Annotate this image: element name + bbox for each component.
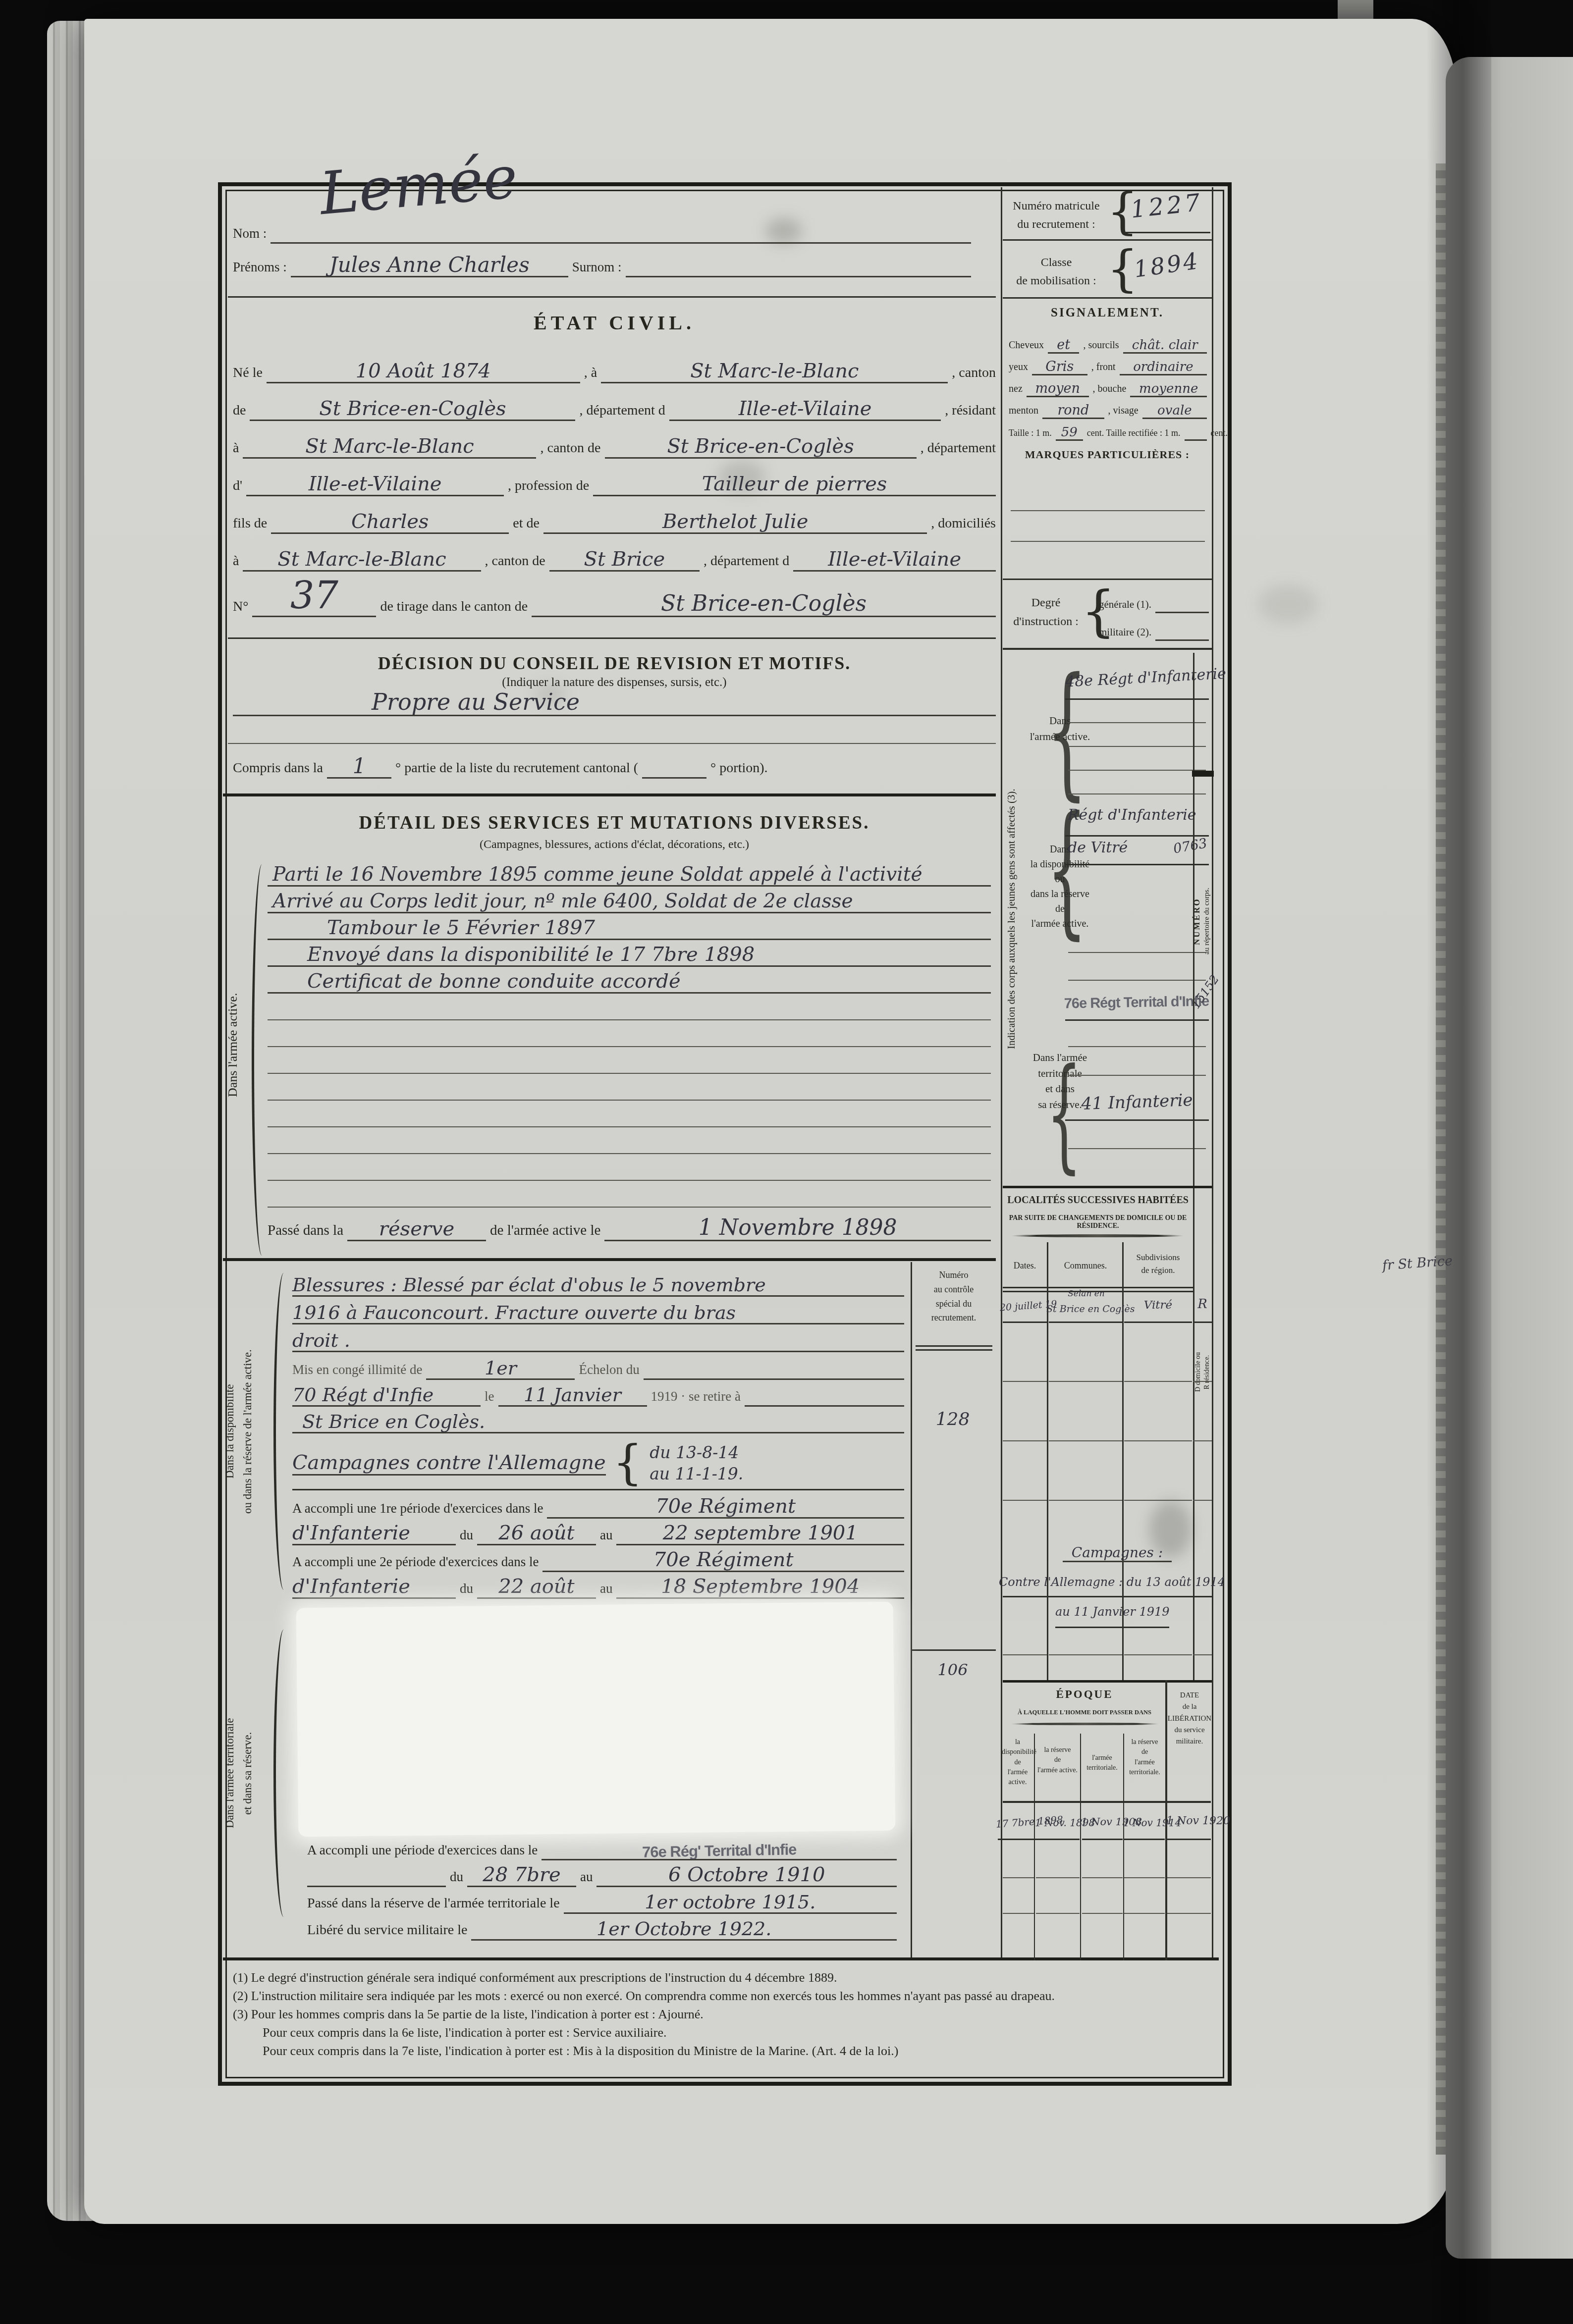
- blank: [1155, 639, 1209, 641]
- value: ordinaire: [1120, 360, 1207, 375]
- disponibilite-brace: {: [1046, 805, 1087, 934]
- label: 1919 · se retire à: [651, 1389, 741, 1407]
- localites-title: LOCALITÉS SUCCESSIVES HABITÉES: [1003, 1195, 1193, 1206]
- blank-line: [268, 1019, 991, 1020]
- signalement-r1: Cheveux et , sourcils chât. clair: [1009, 333, 1207, 354]
- localites-row-rule: [1124, 1321, 1192, 1323]
- blank-line: [268, 1073, 991, 1074]
- blank: [1185, 439, 1207, 441]
- label: du: [450, 1869, 463, 1887]
- label: A accompli une période d'exercices dans …: [307, 1843, 538, 1860]
- value: St Brice-en-Coglès: [605, 436, 917, 459]
- localites-row-dr: R: [1193, 1297, 1212, 1312]
- reserve-side-label-1: Dans la disponibilité: [221, 1268, 239, 1595]
- blank-line: [1068, 952, 1206, 953]
- localites-blank-rule: [1003, 1500, 1047, 1501]
- divider: [292, 1489, 904, 1490]
- value: Tailleur de pierres: [593, 474, 996, 496]
- value: 70 Régt d'Infie: [292, 1385, 481, 1407]
- compris-value: 1: [327, 755, 391, 779]
- conge-line-2: 70 Régt d'Infie le 11 Janvier 1919 · se …: [292, 1380, 904, 1407]
- panel-inner-right-border: [1212, 187, 1213, 1960]
- label: , canton de: [485, 553, 545, 572]
- label: , canton de: [540, 440, 600, 459]
- decision-value: Propre au Service: [233, 690, 996, 716]
- value: 6 Octobre 1910: [597, 1864, 897, 1887]
- controle-double-rule: [916, 1345, 992, 1347]
- etat-civil-l3: à St Marc-le-Blanc , canton de St Brice-…: [233, 432, 996, 459]
- redaction-patch: [296, 1602, 896, 1837]
- epoque-value-3: 1 Nov 1908: [1081, 1816, 1123, 1828]
- conge-line-3: St Brice en Coglès.: [292, 1407, 904, 1433]
- localites-header-subdivisions: Subdivisions de région.: [1124, 1251, 1192, 1276]
- localites-blank-rule: [1003, 1381, 1047, 1382]
- service-line-2: Arrivé au Corps ledit jour, nº mle 6400,…: [268, 887, 991, 913]
- localites-blank-rule: [1193, 1440, 1212, 1441]
- value-rule: [1065, 1119, 1209, 1121]
- value-rule: [1065, 864, 1209, 865]
- label: A accompli une 1re période d'exercices d…: [292, 1501, 543, 1519]
- passe-reserve-row: Passé dans la réserve de l'armée active …: [268, 1213, 991, 1241]
- value-rule: [1065, 698, 1209, 700]
- service-entry: Parti le 16 Novembre 1895 comme jeune So…: [268, 864, 991, 887]
- blank-line: [268, 1207, 991, 1208]
- localites-blank-rule: [1124, 1654, 1192, 1655]
- decision-subtitle: (Indiquer la nature des dispenses, sursi…: [233, 676, 996, 689]
- label: militaire (2).: [1099, 626, 1151, 641]
- label: , canton: [952, 365, 996, 383]
- territoriale-side-label-1: Dans l'armée territoriale: [221, 1612, 239, 1934]
- epoque-header-rule: [1167, 1801, 1211, 1803]
- corps-vertical-label: Indication des corps auxquels les jeunes…: [1003, 654, 1020, 1184]
- service-line-3: Tambour le 5 Février 1897: [268, 913, 991, 940]
- label: , à: [584, 365, 597, 383]
- conge-line-1: Mis en congé illimité de 1er Échelon du: [292, 1353, 904, 1380]
- blank-line: [1068, 770, 1206, 771]
- matricule-label: Numéro matricule du recrutement :: [1007, 197, 1106, 234]
- marques-label: MARQUES PARTICULIÈRES :: [1003, 448, 1212, 461]
- classe-label: Classe de mobilisation :: [1007, 254, 1106, 290]
- value: 28 7bre: [467, 1864, 576, 1887]
- label: Mis en congé illimité de: [292, 1362, 422, 1380]
- service-entry: Tambour le 5 Février 1897: [268, 917, 991, 940]
- controle-header: Numéro au contrôle spécial du recrutemen…: [914, 1268, 993, 1325]
- label: Passé dans la: [268, 1222, 343, 1241]
- epoque-subtitle: À LAQUELLE L'HOMME DOIT PASSER DANS: [1003, 1709, 1166, 1716]
- epoque-value-rule: [1124, 1839, 1165, 1840]
- blank-line: [1011, 541, 1205, 542]
- campagnes-date-1: du 13-8-14: [650, 1443, 743, 1462]
- value: 70e Régiment: [542, 1549, 904, 1572]
- label: , domiciliés: [931, 516, 996, 534]
- service-entry: Arrivé au Corps ledit jour, nº mle 6400,…: [268, 891, 991, 913]
- tirage-number: 37: [252, 575, 376, 617]
- value: 11 Janvier: [498, 1385, 647, 1407]
- decision-title: DÉCISION DU CONSEIL DE REVISION ET MOTIF…: [233, 653, 996, 674]
- blessures-line-3: droit .: [292, 1324, 904, 1352]
- prenoms-row: Prénoms : Jules Anne Charles Surnom :: [233, 251, 971, 277]
- value: 1er Octobre 1922.: [471, 1919, 897, 1941]
- epoque-blank-rule: [1003, 1913, 1034, 1914]
- value: rond: [1042, 403, 1104, 419]
- footnote-1: (1) Le degré d'instruction générale sera…: [233, 1970, 837, 1985]
- label: nez: [1009, 383, 1023, 397]
- label: au: [600, 1581, 612, 1599]
- label: ° partie de la liste du recrutement cant…: [395, 760, 638, 779]
- controle-column-line: [911, 1262, 912, 1960]
- campagnes-label: Campagnes contre l'Allemagne: [292, 1451, 606, 1476]
- label: à: [233, 553, 239, 572]
- row-divider: [1003, 297, 1212, 299]
- epoque-value-4: 1 Nov 1914: [1123, 1817, 1165, 1829]
- blank-line: [1068, 1075, 1206, 1076]
- localites-blank-rule: [1193, 1654, 1212, 1655]
- value: chât. clair: [1123, 338, 1207, 354]
- epoque-value-rule: [1167, 1839, 1211, 1840]
- controle-double-rule: [916, 1349, 992, 1351]
- localites-blank-rule: [1049, 1440, 1122, 1441]
- localites-header-communes: Communes.: [1049, 1261, 1122, 1271]
- blank-line: [1068, 722, 1206, 723]
- epoque-blank-rule: [1167, 1913, 1211, 1914]
- prenoms-label: Prénoms :: [233, 260, 287, 277]
- regiment-stamp: 76e Rég' Territal d'Infie: [642, 1841, 797, 1860]
- libere-row: Libéré du service militaire le 1er Octob…: [307, 1914, 897, 1941]
- epoque-blank-rule: [1036, 1913, 1080, 1914]
- value: St Marc-le-Blanc: [601, 361, 948, 383]
- portion-blank: [642, 777, 706, 779]
- epoque-value-rule: [1036, 1839, 1080, 1840]
- blessures-line-1: Blessures : Blessé par éclat d'obus le 5…: [292, 1269, 904, 1297]
- epoque-col1-header: la disponibilité de l'armée active.: [1002, 1738, 1033, 1788]
- localites-header-domicile: D domicile ou: [1194, 1248, 1203, 1496]
- footnote-3: (3) Pour les hommes compris dans la 5e p…: [233, 2007, 704, 2022]
- epoque-header-rule: [1003, 1801, 1165, 1803]
- value: Ille-et-Vilaine: [246, 474, 504, 496]
- label: , département d: [704, 553, 789, 572]
- disponibilite-value-1: Régt d'Infanterie: [1068, 806, 1211, 824]
- campagnes-brace: {: [613, 1442, 643, 1484]
- label: Cheveux: [1009, 340, 1044, 354]
- value: réserve: [347, 1218, 486, 1241]
- blank-line: [1068, 1148, 1206, 1149]
- surnom-line: [626, 276, 971, 277]
- epoque-blank-rule: [1167, 1877, 1211, 1878]
- label: cent. Taille rectifiée : 1 m.: [1087, 428, 1181, 441]
- epoque-col2-header: la réserve de l'armée active.: [1035, 1745, 1080, 1776]
- value: 1er octobre 1915.: [564, 1892, 897, 1914]
- value: moyen: [1027, 381, 1089, 397]
- reserve-side-label-2: ou dans la réserve de l'armée active.: [239, 1268, 257, 1595]
- label: , résidant: [945, 403, 996, 421]
- etat-civil-l4: d' Ille-et-Vilaine , profession de Taill…: [233, 470, 996, 496]
- campagnes-rule: [1003, 1596, 1212, 1597]
- panel-divider: [1001, 187, 1002, 1960]
- blank-line: [268, 1100, 991, 1101]
- controle-cell-rule: [911, 1649, 996, 1651]
- territoriale-brace: [273, 1630, 294, 1917]
- localites-header-dates: Dates.: [1003, 1261, 1047, 1271]
- detail-subtitle: (Campagnes, blessures, actions d'éclat, …: [233, 838, 996, 851]
- epoque-value-5: 1 Nov 1920: [1166, 1815, 1212, 1827]
- label: yeux: [1009, 362, 1028, 375]
- value: 26 août: [477, 1523, 596, 1545]
- blessures-entry: 1916 à Fauconcourt. Fracture ouverte du …: [292, 1303, 904, 1324]
- localites-blank-rule: [1124, 1440, 1192, 1441]
- label: du: [460, 1581, 473, 1599]
- value: St Marc-le-Blanc: [243, 549, 481, 572]
- repertoire-vertical-label: au répertoire du corps.: [1202, 659, 1212, 1184]
- divider: [228, 296, 996, 298]
- detail-title: DÉTAIL DES SERVICES ET MUTATIONS DIVERSE…: [233, 812, 996, 834]
- blank-line: [268, 1153, 991, 1154]
- nom-row: Nom :: [233, 216, 971, 244]
- epoque-blank-rule: [1036, 1877, 1080, 1878]
- campagnes-rule: [1055, 1627, 1169, 1628]
- value: 18 Septembre 1904: [616, 1576, 904, 1599]
- value: Ille-et-Vilaine: [793, 549, 996, 572]
- section-divider: [223, 793, 996, 796]
- etat-civil-l1: Né le 10 Août 1874 , à St Marc-le-Blanc …: [233, 357, 996, 383]
- service-line-1: Parti le 16 Novembre 1895 comme jeune So…: [268, 860, 991, 887]
- localites-header-residence: R résidence.: [1203, 1248, 1212, 1496]
- label: N°: [233, 599, 248, 617]
- campagnes-allemagne-row: Campagnes contre l'Allemagne { du 13-8-1…: [292, 1435, 904, 1491]
- etat-civil-l6: à St Marc-le-Blanc , canton de St Brice …: [233, 545, 996, 572]
- service-entry: Certificat de bonne conduite accordé: [268, 971, 991, 994]
- label: au: [580, 1869, 593, 1887]
- blank-line: [1068, 980, 1206, 981]
- label: de: [233, 403, 246, 421]
- localites-blank-rule: [1049, 1500, 1122, 1501]
- row-divider: [1003, 648, 1212, 650]
- territoriale-side-label-2: et dans sa réserve.: [239, 1612, 257, 1934]
- epoque-blank-rule: [1124, 1877, 1165, 1878]
- label: A accompli une 2e période d'exercices da…: [292, 1554, 539, 1572]
- service-entry: Envoyé dans la disponibilité le 17 7bre …: [268, 944, 991, 967]
- value: Berthelot Julie: [543, 511, 927, 534]
- value: 10 Août 1874: [267, 361, 580, 383]
- matricule-rule: [1124, 232, 1210, 233]
- campagnes-line-1: Contre l'Allemagne : du 13 août 1914: [999, 1575, 1225, 1589]
- label: Échelon du: [579, 1362, 639, 1380]
- blank-line: [1011, 510, 1205, 511]
- value: d'Infanterie: [292, 1523, 456, 1545]
- service-line-5: Certificat de bonne conduite accordé: [268, 967, 991, 994]
- detail-side-label: Dans l'armée active.: [223, 842, 243, 1248]
- footnote-divider: [223, 1957, 1219, 1960]
- epoque-col-line: [1123, 1734, 1124, 1960]
- value: et: [1048, 338, 1079, 354]
- footnote-5: Pour ceux compris dans la 7e liste, l'in…: [263, 2044, 898, 2059]
- localites-blank-rule: [1003, 1440, 1047, 1441]
- degre-militaire-row: militaire (2).: [1099, 621, 1209, 641]
- stain: [1258, 584, 1318, 624]
- blessures-entry: droit .: [292, 1330, 904, 1352]
- blank-line: [228, 743, 996, 744]
- value: 70e Régiment: [547, 1496, 904, 1519]
- disponibilite-value-2: de Vitré: [1068, 839, 1167, 856]
- value-rule: [1065, 835, 1209, 837]
- etat-civil-title: ÉTAT CIVIL.: [233, 311, 996, 334]
- epoque-date-header: DATE de la LIBÉRATION du service militai…: [1167, 1690, 1212, 1747]
- value: ovale: [1142, 404, 1207, 419]
- register-page: Lemée Nom : Prénoms : Jules Anne Charles…: [0, 0, 1573, 2324]
- prenoms-value: Jules Anne Charles: [291, 254, 568, 277]
- localites-blank-rule: [1124, 1500, 1192, 1501]
- localites-header-rule: [1003, 1287, 1193, 1288]
- value: Ille-et-Vilaine: [669, 398, 941, 421]
- localites-blank-rule: [1049, 1381, 1122, 1382]
- localites-subtitle: PAR SUITE DE CHANGEMENTS DE DOMICILE OU …: [1003, 1215, 1193, 1230]
- blessures-line-2: 1916 à Fauconcourt. Fracture ouverte du …: [292, 1297, 904, 1324]
- signalement-title: SIGNALEMENT.: [1003, 306, 1212, 320]
- tirage-row: N° 37 de tirage dans le canton de St Bri…: [233, 584, 996, 617]
- localites-blank-rule: [1003, 1654, 1047, 1655]
- label: Né le: [233, 365, 263, 383]
- gutter-shadow: [1427, 0, 1491, 2324]
- label: , profession de: [508, 478, 589, 496]
- blank-line: [268, 1046, 991, 1047]
- label: , département: [921, 440, 996, 459]
- signalement-r3: nez moyen , bouche moyenne: [1009, 376, 1207, 397]
- value: d'Infanterie: [292, 1576, 456, 1599]
- value: 22 septembre 1901: [616, 1523, 904, 1545]
- label: d': [233, 478, 242, 496]
- label: le: [485, 1389, 494, 1407]
- decision-value-row: Propre au Service: [233, 690, 996, 716]
- label: Libéré du service militaire le: [307, 1922, 467, 1941]
- numero-vertical-label: NUMÉRO: [1192, 659, 1202, 1184]
- localites-row-commune-1: Selan en: [1050, 1289, 1122, 1299]
- blank: [1155, 612, 1209, 613]
- label: fils de: [233, 516, 267, 534]
- service-line-4: Envoyé dans la disponibilité le 17 7bre …: [268, 940, 991, 967]
- value: Gris: [1032, 360, 1087, 375]
- value: 59: [1056, 425, 1083, 441]
- periode3-line-2: du 28 7bre au 6 Octobre 1910: [307, 1860, 897, 1887]
- label: Passé dans la réserve de l'armée territo…: [307, 1896, 560, 1914]
- localites-row-commune-2: St Brice en Coglès: [1046, 1304, 1126, 1315]
- epoque-blank-rule: [1082, 1877, 1123, 1878]
- value: 1er: [426, 1358, 575, 1380]
- value: 1 Novembre 1898: [604, 1216, 991, 1241]
- periode1-line-1: A accompli une 1re période d'exercices d…: [292, 1492, 904, 1519]
- tirage-canton: St Brice-en-Coglès: [532, 592, 996, 617]
- degre-generale-row: générale (1).: [1099, 593, 1209, 613]
- compris-row: Compris dans la 1 ° partie de la liste d…: [233, 754, 996, 779]
- stamp-cell: 76e Rég' Territal d'Infie: [542, 1843, 897, 1860]
- label: du: [460, 1528, 473, 1545]
- label: , front: [1091, 362, 1116, 375]
- epoque-title: ÉPOQUE: [1003, 1688, 1166, 1701]
- blank-line: [1068, 1046, 1206, 1047]
- label: de l'armée active le: [490, 1222, 600, 1241]
- degre-label: Degré d'instruction :: [1009, 593, 1083, 632]
- label: , visage: [1108, 405, 1139, 419]
- label: , sourcils: [1083, 340, 1119, 354]
- label: générale (1).: [1099, 598, 1151, 613]
- footnote-4: Pour ceux compris dans la 6e liste, l'in…: [263, 2025, 667, 2040]
- value: St Marc-le-Blanc: [243, 436, 536, 459]
- label: , département d: [579, 403, 665, 421]
- nom-line: [271, 242, 971, 244]
- controle-number-1: 128: [916, 1409, 990, 1429]
- localites-row-rule: [1193, 1321, 1212, 1323]
- blank-line: [1068, 746, 1206, 747]
- localites-row-rule: [1003, 1321, 1047, 1323]
- epoque-col-line: [1034, 1734, 1035, 1960]
- signalement-r2: yeux Gris , front ordinaire: [1009, 355, 1207, 375]
- epoque-col-line: [1080, 1734, 1081, 1960]
- etat-civil-l5: fils de Charles et de Berthelot Julie , …: [233, 507, 996, 534]
- epoque-value-rule: [1082, 1839, 1123, 1840]
- label: de tirage dans le canton de: [380, 599, 528, 617]
- epoque-swash: [1011, 1723, 1159, 1725]
- blank-line: [1068, 793, 1206, 794]
- label: et de: [513, 516, 540, 534]
- periode1-line-2: d'Infanterie du 26 août au 22 septembre …: [292, 1519, 904, 1545]
- localites-row-subdivision: Vitré: [1124, 1299, 1192, 1312]
- epoque-top-rule: [1003, 1680, 1212, 1683]
- localites-blank-rule: [1124, 1381, 1192, 1382]
- epoque-blank-rule: [1003, 1877, 1034, 1878]
- periode2-line-2: d'Infanterie du 22 août au 18 Septembre …: [292, 1572, 904, 1599]
- epoque-col4-header: la réserve de l'armée territoriale.: [1125, 1738, 1165, 1778]
- signalement-taille: Taille : 1 m. 59 cent. Taille rectifiée …: [1009, 420, 1207, 441]
- periode3-line-1: A accompli une période d'exercices dans …: [307, 1833, 897, 1860]
- label: cent.: [1211, 428, 1228, 441]
- blessures-entry: Blessures : Blessé par éclat d'obus le 5…: [292, 1275, 904, 1297]
- campagnes-title: Campagnes :: [1063, 1544, 1172, 1562]
- epoque-value-rule: [998, 1839, 1039, 1840]
- value: St Brice en Coglès.: [292, 1412, 904, 1433]
- value: moyenne: [1130, 382, 1207, 397]
- label: à: [233, 440, 239, 459]
- divider: [228, 637, 996, 639]
- localites-swash: [1011, 1234, 1184, 1237]
- value-rule: [1065, 1019, 1209, 1021]
- nom-label: Nom :: [233, 226, 267, 244]
- campagnes-date-2: au 11-1-19.: [650, 1464, 743, 1483]
- label: Compris dans la: [233, 760, 323, 779]
- value: 22 août: [477, 1576, 596, 1599]
- epoque-col3-header: l'armée territoriale.: [1082, 1753, 1123, 1774]
- value: St Brice-en-Coglès: [250, 398, 575, 421]
- label: au: [600, 1528, 612, 1545]
- localites-row-rule: [1049, 1321, 1122, 1323]
- value: Charles: [271, 511, 509, 534]
- etat-civil-l2: de St Brice-en-Coglès , département d Il…: [233, 394, 996, 421]
- blank-line: [268, 1180, 991, 1181]
- localites-blank-rule: [1193, 1500, 1212, 1501]
- blank-line: [268, 1126, 991, 1127]
- epoque-blank-rule: [1124, 1913, 1165, 1914]
- footnote-2: (2) L'instruction militaire sera indiqué…: [233, 1989, 1055, 2004]
- controle-number-2: 106: [916, 1660, 990, 1679]
- label: ° portion).: [710, 760, 767, 779]
- reserve-brace: [273, 1273, 294, 1590]
- epoque-blank-rule: [1082, 1913, 1123, 1914]
- localites-top-rule: [1003, 1186, 1212, 1188]
- epoque-value-2: 1 Nov. 1898: [1035, 1817, 1081, 1829]
- value: St Brice: [549, 549, 700, 572]
- label: Taille : 1 m.: [1009, 428, 1052, 441]
- surnom-label: Surnom :: [572, 260, 622, 277]
- localites-blank-rule: [1049, 1654, 1122, 1655]
- campagnes-line-2: au 11 Janvier 1919: [1055, 1605, 1170, 1619]
- label: menton: [1009, 405, 1038, 419]
